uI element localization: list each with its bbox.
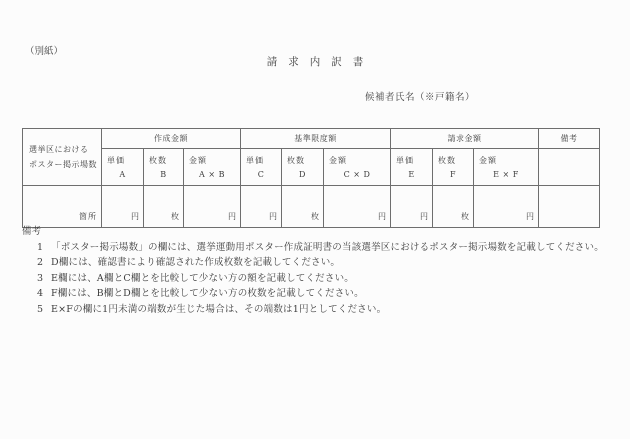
row-header-poster-sites: 選挙区における ポスター掲示場数 [23,129,102,186]
subheader-amount-cxd: 金額 C × D [324,149,391,186]
subheader-amount-axb: 金額 A × B [184,149,241,186]
subheader-label: 単価 [391,149,432,166]
subheader-letter: C [241,170,281,179]
remarks-subheader-empty-cell [539,149,600,186]
subheader-letter: A [102,170,143,179]
subheader-letter: C × D [324,170,390,179]
data-cell-unit-price-e: 円 [391,186,433,228]
subheader-label: 枚数 [433,149,473,166]
note-text: E欄には、A欄とC欄とを比較して少ない方の額を記載してください。 [51,271,614,287]
data-cell-sheets-d: 枚 [282,186,324,228]
subheader-label: 金額 [184,149,240,166]
data-cell-amount-cxd: 円 [324,186,391,228]
group-header-creation-amount: 作成金額 [102,129,241,149]
note-number: 3 [37,271,51,287]
note-item-3: 3 E欄には、A欄とC欄とを比較して少ない方の額を記載してください。 [22,271,614,287]
note-item-4: 4 F欄には、B欄とD欄とを比較して少ない方の枚数を記載してください。 [22,286,614,302]
note-text: 「ポスター掲示場数」の欄には、選挙運動用ポスター作成証明書の当該選挙区におけるポ… [51,240,614,256]
invoice-breakdown-table: 選挙区における ポスター掲示場数 作成金額 基準限度額 請求金額 備考 単価 A… [22,128,600,228]
row-header-line2: ポスター掲示場数 [29,157,101,172]
note-number: 5 [37,302,51,318]
data-cell-amount-exf: 円 [474,186,539,228]
notes-title: 備考 [22,224,614,240]
subheader-label: 金額 [324,149,390,166]
subheader-letter: D [282,170,323,179]
candidate-name-label: 候補者氏名（※戸籍名） [365,89,475,103]
data-cell-unit-price-c: 円 [241,186,282,228]
data-row-header-kasho: 箇所 [23,186,102,228]
subheader-label: 単価 [102,149,143,166]
notes-section: 備考 1 「ポスター掲示場数」の欄には、選挙運動用ポスター作成証明書の当該選挙区… [22,224,614,318]
note-item-1: 1 「ポスター掲示場数」の欄には、選挙運動用ポスター作成証明書の当該選挙区におけ… [22,240,614,256]
document-page: （別紙） 請求内訳書 候補者氏名（※戸籍名） 選挙区における ポスター掲示場数 … [0,0,630,439]
data-cell-unit-price-a: 円 [102,186,144,228]
subheader-letter: A × B [184,170,240,179]
note-text: D欄には、確認書により確認された作成枚数を記載してください。 [51,255,614,271]
group-header-standard-limit: 基準限度額 [241,129,391,149]
data-cell-remarks [539,186,600,228]
data-cell-sheets-f: 枚 [433,186,474,228]
note-number: 4 [37,286,51,302]
subheader-sheets-d: 枚数 D [282,149,324,186]
note-text: F欄には、B欄とD欄とを比較して少ない方の枚数を記載してください。 [51,286,614,302]
row-header-line1: 選挙区における [29,142,101,157]
subheader-label: 金額 [474,149,538,166]
subheader-amount-exf: 金額 E × F [474,149,539,186]
subheader-sheets-f: 枚数 F [433,149,474,186]
note-item-5: 5 E×Fの欄に1円未満の端数が生じた場合は、その端数は1円としてください。 [22,302,614,318]
remarks-header: 備考 [539,129,600,149]
note-number: 2 [37,255,51,271]
subheader-unit-price-c: 単価 C [241,149,282,186]
note-item-2: 2 D欄には、確認書により確認された作成枚数を記載してください。 [22,255,614,271]
subheader-letter: B [144,170,183,179]
note-number: 1 [37,240,51,256]
subheader-label: 枚数 [144,149,183,166]
subheader-unit-price-e: 単価 E [391,149,433,186]
note-text: E×Fの欄に1円未満の端数が生じた場合は、その端数は1円としてください。 [51,302,614,318]
data-cell-sheets-b: 枚 [144,186,184,228]
subheader-label: 単価 [241,149,281,166]
subheader-sheets-b: 枚数 B [144,149,184,186]
subheader-label: 枚数 [282,149,323,166]
subheader-letter: E [391,170,432,179]
page-title: 請求内訳書 [0,54,630,69]
subheader-letter: E × F [474,170,538,179]
group-header-billed-amount: 請求金額 [391,129,539,149]
data-cell-amount-axb: 円 [184,186,241,228]
subheader-letter: F [433,170,473,179]
subheader-unit-price-a: 単価 A [102,149,144,186]
